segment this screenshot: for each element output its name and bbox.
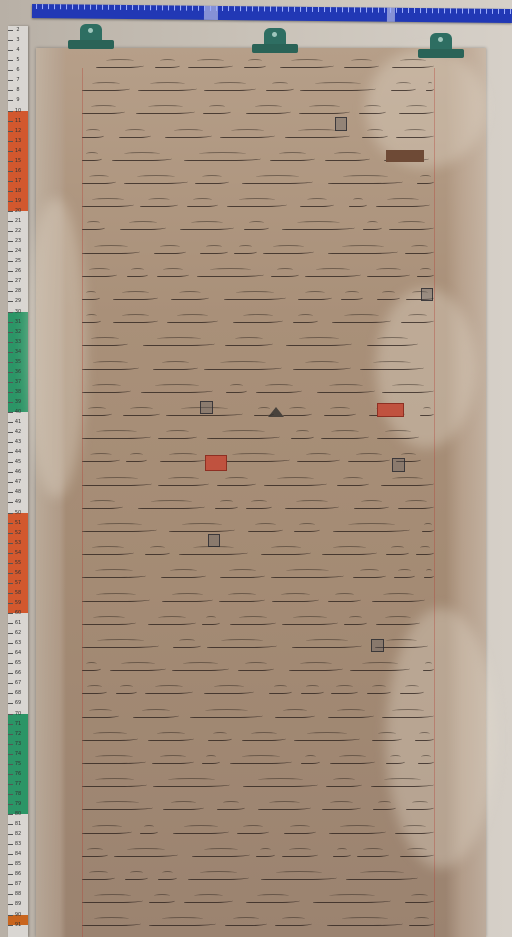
handwritten-word xyxy=(420,410,434,416)
handwritten-word xyxy=(82,503,123,509)
ruler-tick xyxy=(120,5,121,10)
handwritten-word xyxy=(195,178,229,184)
handwritten-word xyxy=(82,781,147,787)
handwritten-word xyxy=(188,874,249,880)
ruler-tick xyxy=(8,844,13,845)
ruler-tick xyxy=(8,482,13,483)
handwritten-word xyxy=(207,433,280,439)
manuscript-text-line xyxy=(82,872,438,882)
handwritten-word xyxy=(82,433,151,439)
ruler-tick xyxy=(8,392,13,393)
ruler-tick xyxy=(8,683,13,684)
handwritten-word xyxy=(82,294,100,300)
handwritten-word xyxy=(138,503,205,509)
handwritten-word xyxy=(305,271,361,277)
handwritten-word xyxy=(82,665,101,671)
handwritten-word xyxy=(261,549,311,555)
ruler-tick xyxy=(8,372,13,373)
handwritten-word xyxy=(282,851,318,857)
ruler-tick xyxy=(384,8,385,13)
handwritten-word xyxy=(140,828,158,834)
handwritten-word xyxy=(405,248,434,254)
handwritten-word xyxy=(82,735,138,741)
handwritten-word xyxy=(203,108,231,114)
manuscript-text-line xyxy=(82,478,438,488)
ruler-tick xyxy=(486,9,487,14)
ruler-tick xyxy=(8,60,13,61)
handwritten-word xyxy=(284,828,316,834)
ruler-tick xyxy=(8,703,13,704)
manuscript-scroll xyxy=(36,48,486,937)
handwritten-word xyxy=(332,317,391,323)
ruler-tick xyxy=(8,342,13,343)
ink-seal-stamp xyxy=(335,117,347,131)
ruler-tick xyxy=(84,5,85,10)
handwritten-word xyxy=(152,758,194,764)
handwritten-word xyxy=(337,480,369,486)
ruler-tick xyxy=(8,221,13,222)
ruler-tick xyxy=(8,824,13,825)
ruler-tick xyxy=(156,5,157,10)
handwritten-word xyxy=(227,201,287,207)
handwritten-word xyxy=(330,758,375,764)
handwritten-word xyxy=(417,178,434,184)
ruler-tick xyxy=(474,9,475,14)
ruler-tick xyxy=(294,7,295,12)
manuscript-text-line xyxy=(82,106,438,116)
ruler-tick xyxy=(288,7,289,12)
handwritten-word xyxy=(349,201,367,207)
ruler-tick xyxy=(8,904,13,905)
ruler-tick xyxy=(8,613,13,614)
ruler-tick xyxy=(8,543,13,544)
handwritten-word xyxy=(263,248,314,254)
ruler-tick xyxy=(504,9,505,14)
ruler-tick xyxy=(60,4,61,9)
handwritten-word xyxy=(204,364,282,370)
handwritten-word xyxy=(367,340,418,346)
handwritten-word xyxy=(362,132,388,138)
ruler-tick xyxy=(8,754,13,755)
ruler-tick xyxy=(8,291,13,292)
handwritten-word xyxy=(82,85,130,91)
ruler-tick xyxy=(240,6,241,11)
handwritten-word xyxy=(136,108,195,114)
manuscript-text-line xyxy=(82,756,438,766)
ruler-tick xyxy=(8,231,13,232)
handwritten-word xyxy=(301,758,320,764)
ruler-tick xyxy=(8,502,13,503)
manuscript-text-line xyxy=(82,524,438,534)
handwritten-word xyxy=(244,224,269,230)
handwritten-word xyxy=(82,596,150,602)
handwritten-word xyxy=(82,132,104,138)
ruler-tick xyxy=(252,6,253,11)
ruler-tick xyxy=(8,382,13,383)
ruler-tick xyxy=(8,111,13,112)
handwritten-word xyxy=(123,410,160,416)
ruler-tick xyxy=(8,442,13,443)
handwritten-word xyxy=(197,271,264,277)
handwritten-word xyxy=(371,781,434,787)
handwritten-word xyxy=(226,387,247,393)
manuscript-text-line xyxy=(82,292,438,302)
ruler-tick xyxy=(450,8,451,13)
handwritten-word xyxy=(392,62,434,68)
handwritten-word xyxy=(246,108,291,114)
ruler-tick xyxy=(8,352,13,353)
handwritten-word xyxy=(322,549,377,555)
handwritten-word xyxy=(372,735,402,741)
ruler-tick xyxy=(276,7,277,12)
manuscript-text-line xyxy=(82,454,438,464)
ruler-tick xyxy=(8,744,13,745)
manuscript-text-line xyxy=(82,826,438,836)
handwritten-word xyxy=(145,688,193,694)
handwritten-word xyxy=(406,804,434,810)
handwritten-word xyxy=(172,665,229,671)
handwritten-word xyxy=(261,874,337,880)
manuscript-text-line xyxy=(82,269,438,279)
ruler-tick xyxy=(204,6,205,11)
red-seal-stamp xyxy=(205,455,227,471)
handwritten-word xyxy=(171,294,209,300)
handwritten-word xyxy=(82,897,143,903)
ruler-tick xyxy=(372,8,373,13)
handwritten-word xyxy=(225,920,267,926)
handwritten-word xyxy=(324,410,356,416)
handwritten-word xyxy=(82,480,152,486)
handwritten-word xyxy=(138,85,197,91)
manuscript-text-line xyxy=(82,710,438,720)
handwritten-word xyxy=(292,642,362,648)
manuscript-text-line xyxy=(82,199,438,209)
ruler-tick xyxy=(36,4,37,9)
handwritten-word xyxy=(367,271,410,277)
handwritten-word xyxy=(280,62,334,68)
ruler-tick xyxy=(8,864,13,865)
handwritten-word xyxy=(285,132,350,138)
manuscript-text-line xyxy=(82,570,438,580)
handwritten-word xyxy=(376,619,420,625)
ruler-tick xyxy=(8,100,13,101)
ruler-tick xyxy=(8,804,13,805)
handwritten-word xyxy=(82,920,141,926)
ruler-tick xyxy=(498,9,499,14)
ruler-tick xyxy=(8,80,13,81)
handwritten-word xyxy=(417,271,434,277)
handwritten-word xyxy=(360,364,424,370)
ruler-tick xyxy=(270,6,271,11)
handwritten-word xyxy=(424,572,434,578)
ruler-tick xyxy=(8,131,13,132)
ruler-tick xyxy=(8,412,13,413)
handwritten-word xyxy=(357,851,389,857)
handwritten-word xyxy=(354,503,389,509)
manuscript-text-line xyxy=(82,246,438,256)
ruler-tick xyxy=(8,402,13,403)
manuscript-text-line xyxy=(82,362,438,372)
handwritten-word xyxy=(82,619,136,625)
handwritten-word xyxy=(348,456,390,462)
ruler-tick xyxy=(330,7,331,12)
handwritten-word xyxy=(373,804,396,810)
handwritten-word xyxy=(82,549,134,555)
handwritten-word xyxy=(120,224,166,230)
handwritten-word xyxy=(238,665,274,671)
ruler-tick xyxy=(42,4,43,9)
handwritten-word xyxy=(423,665,434,671)
ruler-tick xyxy=(180,6,181,11)
handwritten-word xyxy=(326,781,362,787)
handwritten-word xyxy=(200,248,228,254)
handwritten-word xyxy=(398,503,434,509)
handwritten-word xyxy=(275,712,315,718)
ruler-tick xyxy=(354,7,355,12)
handwritten-word xyxy=(82,758,146,764)
handwritten-word xyxy=(246,897,300,903)
ruler-tick xyxy=(378,8,379,13)
handwritten-word xyxy=(219,596,265,602)
ruler-tick xyxy=(8,814,13,815)
ruler-tick xyxy=(8,784,13,785)
manuscript-text-line xyxy=(82,779,438,789)
handwritten-word xyxy=(294,735,360,741)
ruler-tick xyxy=(8,533,13,534)
ruler-tick xyxy=(8,884,13,885)
manuscript-text-line xyxy=(82,315,438,325)
handwritten-word xyxy=(394,572,415,578)
handwritten-word xyxy=(82,456,120,462)
handwritten-word xyxy=(204,688,254,694)
handwritten-word xyxy=(208,735,232,741)
handwritten-word xyxy=(220,132,275,138)
manuscript-text-line xyxy=(82,617,438,627)
ruler-tick xyxy=(8,261,13,262)
ruler-tick xyxy=(8,70,13,71)
handwritten-word xyxy=(220,572,265,578)
handwritten-word xyxy=(409,920,434,926)
handwritten-word xyxy=(149,897,175,903)
handwritten-word xyxy=(333,526,410,532)
ruler-tick xyxy=(324,7,325,12)
handwritten-word xyxy=(187,201,218,207)
ruler-tick xyxy=(48,4,49,9)
handwritten-word xyxy=(377,294,400,300)
handwritten-word xyxy=(386,549,409,555)
handwritten-word xyxy=(237,828,269,834)
handwritten-word xyxy=(125,874,148,880)
handwritten-word xyxy=(82,178,116,184)
ruler-tick xyxy=(108,5,109,10)
handwritten-word xyxy=(133,712,179,718)
ruler-tick xyxy=(210,6,211,11)
ruler-tick xyxy=(390,8,391,13)
handwritten-word xyxy=(328,596,361,602)
handwritten-word xyxy=(82,155,102,161)
ruler-tick xyxy=(366,7,367,12)
handwritten-word xyxy=(82,874,115,880)
ruler-tick xyxy=(8,201,13,202)
manuscript-text-line xyxy=(82,222,438,232)
handwritten-word xyxy=(322,804,361,810)
ruler-tick xyxy=(8,332,13,333)
ruler-tick xyxy=(264,6,265,11)
manuscript-text-line xyxy=(82,83,438,93)
ruler-tick xyxy=(480,9,481,14)
handwritten-word xyxy=(418,758,434,764)
handwritten-word xyxy=(372,596,425,602)
ruler-tick xyxy=(8,925,13,926)
ink-seal-stamp xyxy=(386,150,424,162)
ruler-tick xyxy=(192,6,193,11)
binder-clip xyxy=(68,24,114,52)
manuscript-text-line xyxy=(82,176,438,186)
handwritten-word xyxy=(155,62,180,68)
ruler-tick xyxy=(8,281,13,282)
handwritten-word xyxy=(282,619,338,625)
ruler-tick xyxy=(360,7,361,12)
manuscript-text-line xyxy=(82,640,438,650)
handwritten-word xyxy=(266,85,294,91)
ruler-tick xyxy=(348,7,349,12)
handwritten-word xyxy=(179,549,248,555)
handwritten-word xyxy=(300,85,376,91)
handwritten-word xyxy=(248,526,283,532)
ruler-tick xyxy=(72,4,73,9)
handwritten-word xyxy=(230,758,292,764)
ruler-tick xyxy=(8,141,13,142)
ruler-tick xyxy=(318,7,319,12)
ruler-tick xyxy=(168,5,169,10)
ruler-tick xyxy=(8,623,13,624)
handwritten-word xyxy=(270,155,315,161)
handwritten-word xyxy=(234,248,257,254)
ruler-tick xyxy=(8,894,13,895)
handwritten-word xyxy=(162,596,213,602)
handwritten-word xyxy=(82,642,159,648)
ruler-tick xyxy=(246,6,247,11)
handwritten-word xyxy=(82,688,107,694)
handwritten-word xyxy=(82,317,101,323)
handwritten-word xyxy=(184,155,261,161)
ruler-tick xyxy=(90,5,91,10)
handwritten-word xyxy=(224,294,286,300)
handwritten-word xyxy=(157,271,189,277)
red-seal-stamp xyxy=(377,403,404,417)
ruler-tick xyxy=(96,5,97,10)
handwritten-word xyxy=(207,642,277,648)
ruler-tick xyxy=(336,7,337,12)
manuscript-text-line xyxy=(82,153,438,163)
ruler-tick xyxy=(8,915,13,916)
handwritten-word xyxy=(426,85,434,91)
ruler-tick xyxy=(8,663,13,664)
handwritten-word xyxy=(321,433,369,439)
ruler-tick xyxy=(8,30,13,31)
ruler-tick xyxy=(8,523,13,524)
handwritten-word xyxy=(344,62,379,68)
handwritten-word xyxy=(160,456,206,462)
ruler-tick xyxy=(8,452,13,453)
handwritten-word xyxy=(346,874,418,880)
manuscript-text-line xyxy=(82,895,438,905)
handwritten-word xyxy=(283,410,312,416)
manuscript-text-line xyxy=(82,663,438,673)
handwritten-word xyxy=(225,340,273,346)
ink-seal-stamp xyxy=(421,288,433,301)
ruler-tick xyxy=(8,362,13,363)
handwritten-word xyxy=(143,340,215,346)
ruler-tick xyxy=(444,8,445,13)
handwritten-word xyxy=(246,503,272,509)
handwritten-word xyxy=(299,108,350,114)
handwritten-word xyxy=(215,503,238,509)
handwritten-word xyxy=(293,364,351,370)
ruler-tick xyxy=(8,734,13,735)
ruler-tick xyxy=(174,5,175,10)
handwritten-word xyxy=(230,619,276,625)
handwritten-word xyxy=(148,735,194,741)
manuscript-text-line xyxy=(82,338,438,348)
handwritten-word xyxy=(202,619,220,625)
ruler-tick xyxy=(8,312,13,313)
handwritten-word xyxy=(116,688,137,694)
handwritten-word xyxy=(293,317,318,323)
ruler-tick xyxy=(8,553,13,554)
ruler-tick xyxy=(8,673,13,674)
left-measuring-tape: 2345678910111213141516171819202122232425… xyxy=(8,26,28,937)
handwritten-word xyxy=(415,735,434,741)
ruler-tick xyxy=(198,6,199,11)
ruler-tick xyxy=(300,7,301,12)
handwritten-word xyxy=(82,387,131,393)
ruler-tick xyxy=(8,90,13,91)
ruler-tick xyxy=(342,7,343,12)
handwritten-word xyxy=(391,85,416,91)
ruler-tick xyxy=(8,603,13,604)
handwritten-word xyxy=(333,851,351,857)
ruler-tick xyxy=(462,9,463,14)
ruler-tick xyxy=(8,241,13,242)
handwritten-word xyxy=(422,526,434,532)
handwritten-word xyxy=(158,480,209,486)
handwritten-word xyxy=(325,155,370,161)
handwritten-word xyxy=(82,224,105,230)
handwritten-word xyxy=(271,271,299,277)
handwritten-word xyxy=(82,271,117,277)
handwritten-word xyxy=(217,456,290,462)
handwritten-word xyxy=(405,897,434,903)
handwritten-word xyxy=(233,317,283,323)
ink-seal-stamp xyxy=(208,534,220,547)
ruler-tick xyxy=(8,573,13,574)
handwritten-word xyxy=(344,619,367,625)
handwritten-word xyxy=(192,851,250,857)
ruler-tick xyxy=(8,653,13,654)
ruler-tick xyxy=(510,9,511,14)
ruler-tick xyxy=(78,4,79,9)
handwritten-word xyxy=(258,804,311,810)
handwritten-word xyxy=(167,317,218,323)
handwritten-word xyxy=(243,781,318,787)
ruler-tick xyxy=(8,633,13,634)
ruler-tick xyxy=(258,6,259,11)
ruler-tick xyxy=(222,6,223,11)
handwritten-word xyxy=(382,712,434,718)
handwritten-word xyxy=(113,317,158,323)
handwritten-word xyxy=(328,248,398,254)
